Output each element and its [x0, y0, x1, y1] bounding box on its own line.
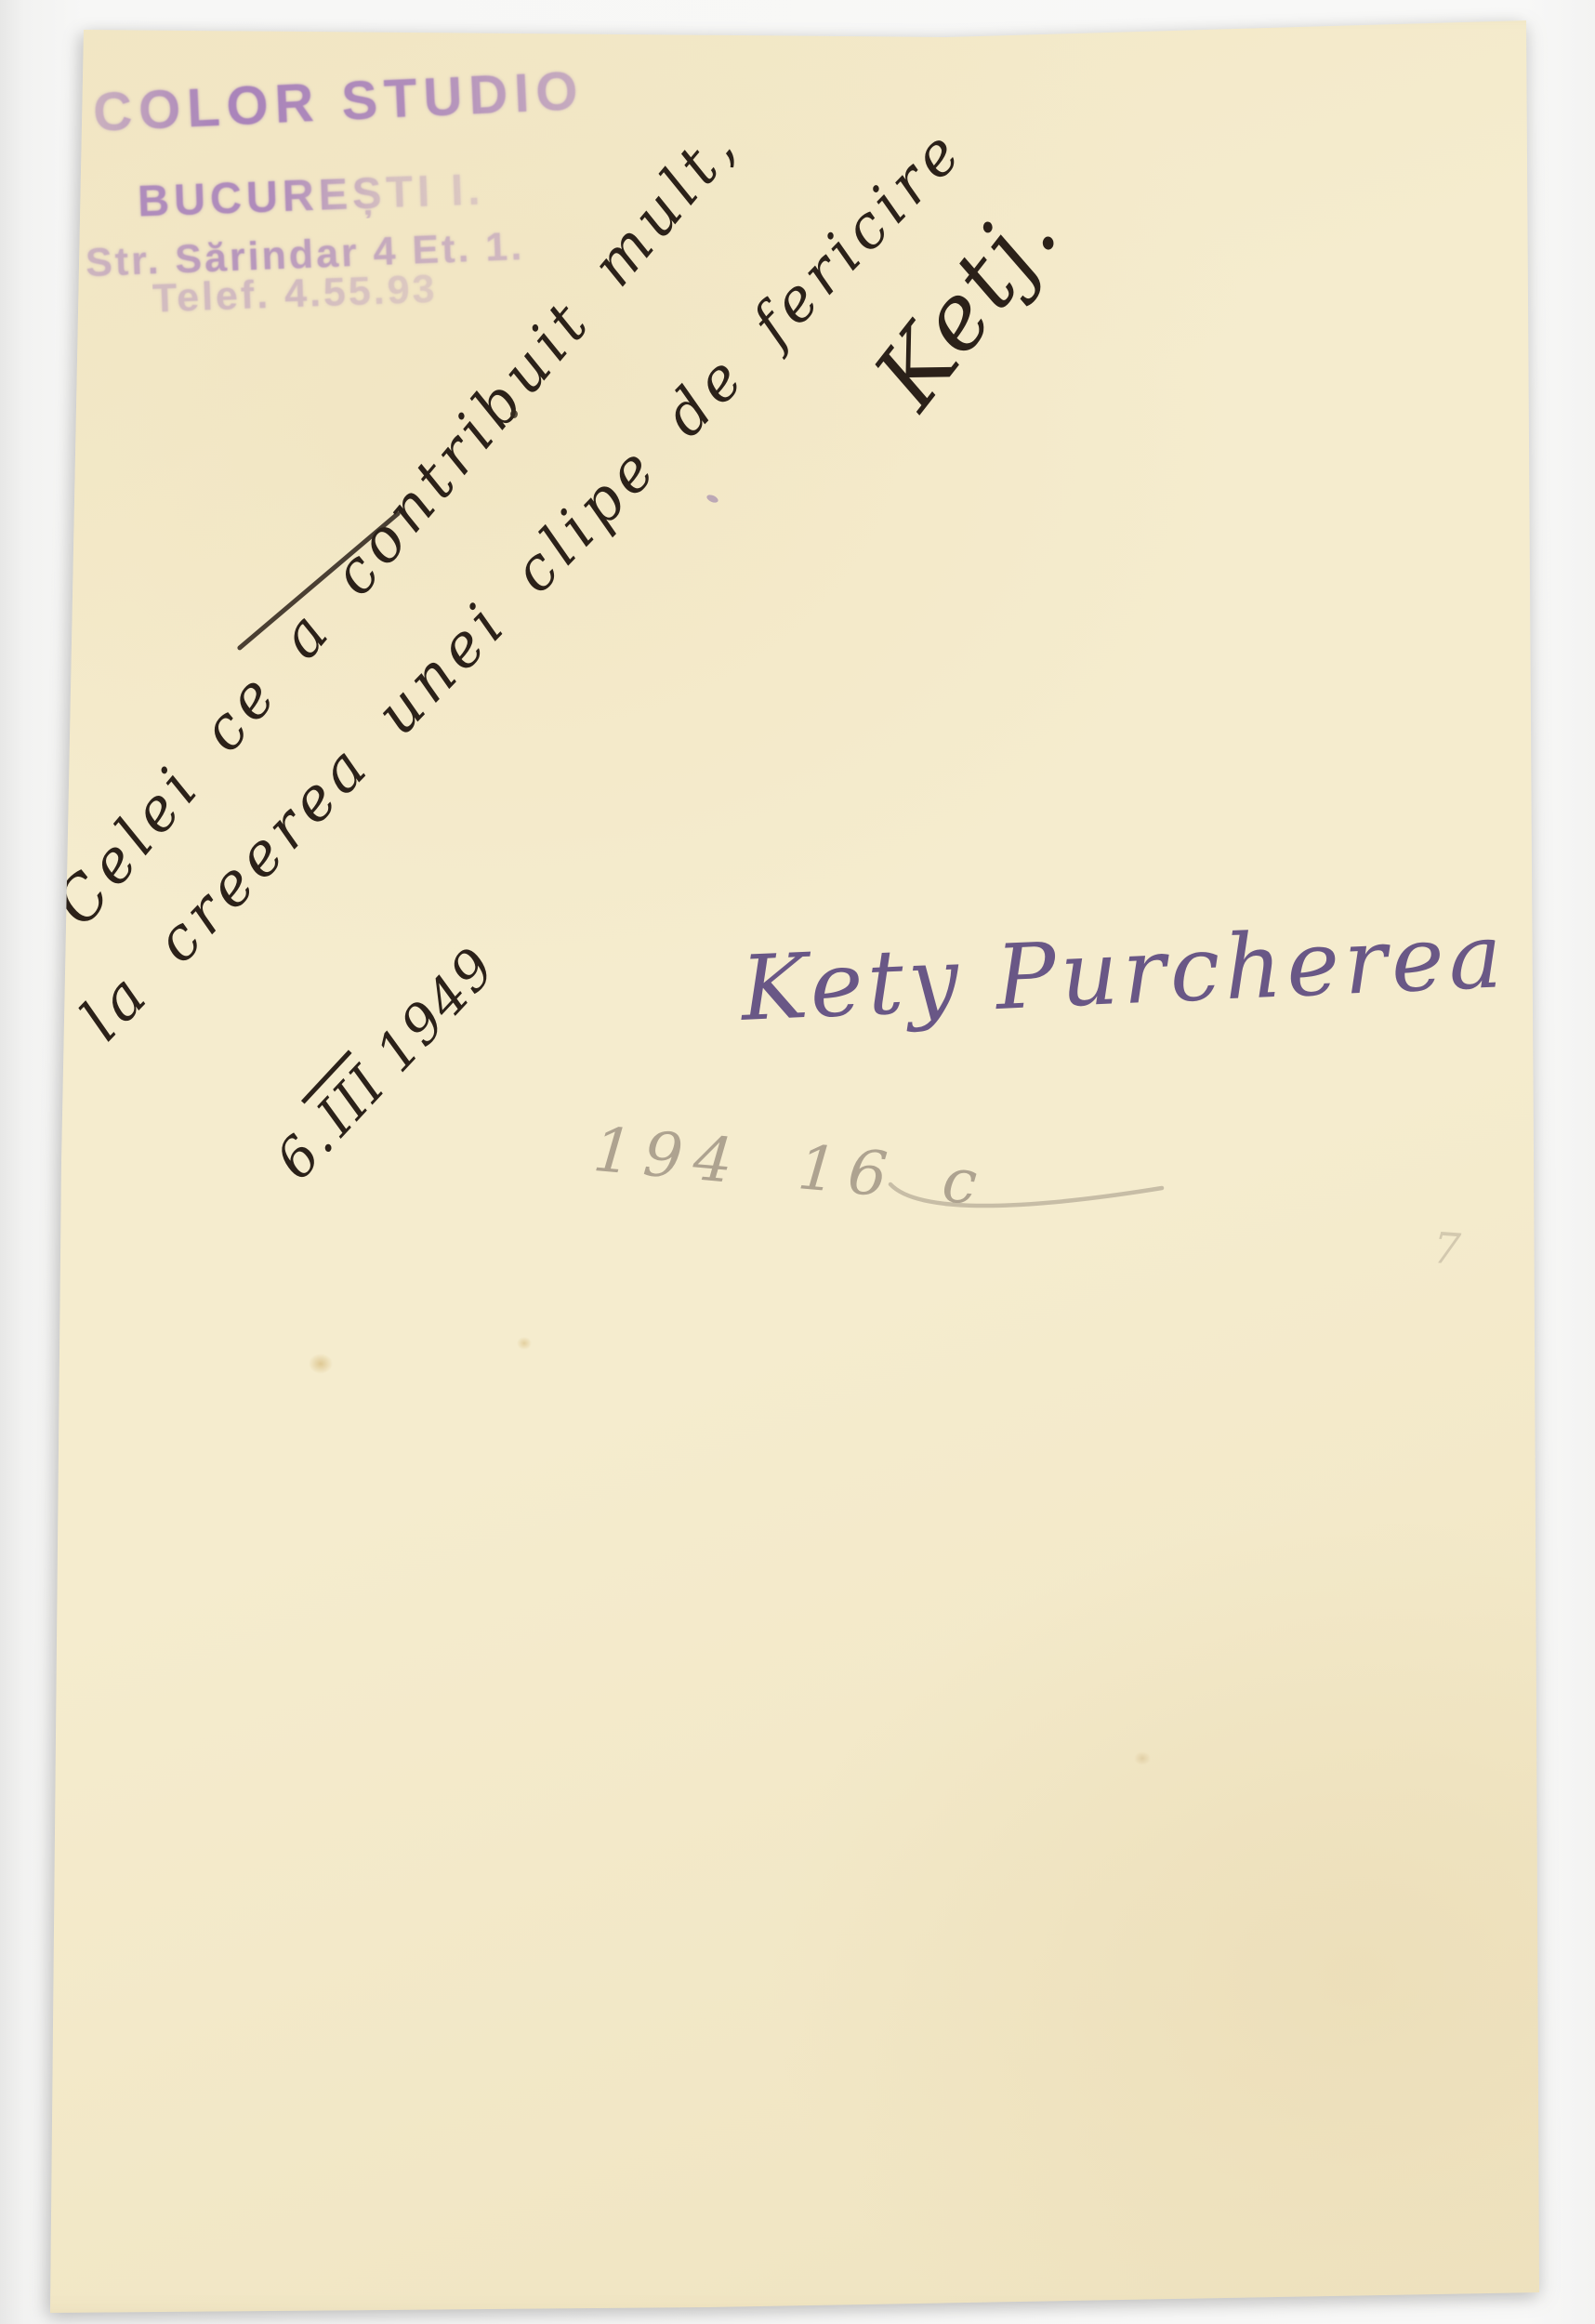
date-inscription: 6.III1949 [264, 936, 507, 1191]
pencil-flourish-stroke [885, 1160, 1173, 1225]
paper-stain [517, 1337, 532, 1350]
archive-number: 194 16 [590, 1114, 901, 1211]
photo-verso-paper: COLOR STUDIO BUCUREȘTI I. Str. Sărindar … [0, 0, 1595, 2324]
purple-ink-speck [705, 494, 719, 505]
ink-speck [510, 410, 518, 418]
stamp-studio-name: COLOR STUDIO [92, 59, 586, 144]
paper-shadow-wrap: COLOR STUDIO BUCUREȘTI I. Str. Sărindar … [0, 0, 1595, 2324]
identification-note: Kety Purcherea (Or [739, 895, 1595, 1041]
pencil-corner-mark: 7 [1431, 1222, 1462, 1274]
date-year: 1949 [363, 935, 508, 1084]
stamp-city: BUCUREȘTI I. [137, 164, 485, 227]
paper-stain [309, 1353, 333, 1374]
stamp-phone: Telef. 4.55.93 [152, 267, 438, 323]
paper-stain [1134, 1751, 1151, 1765]
scanner-bed: COLOR STUDIO BUCUREȘTI I. Str. Sărindar … [0, 0, 1595, 2324]
